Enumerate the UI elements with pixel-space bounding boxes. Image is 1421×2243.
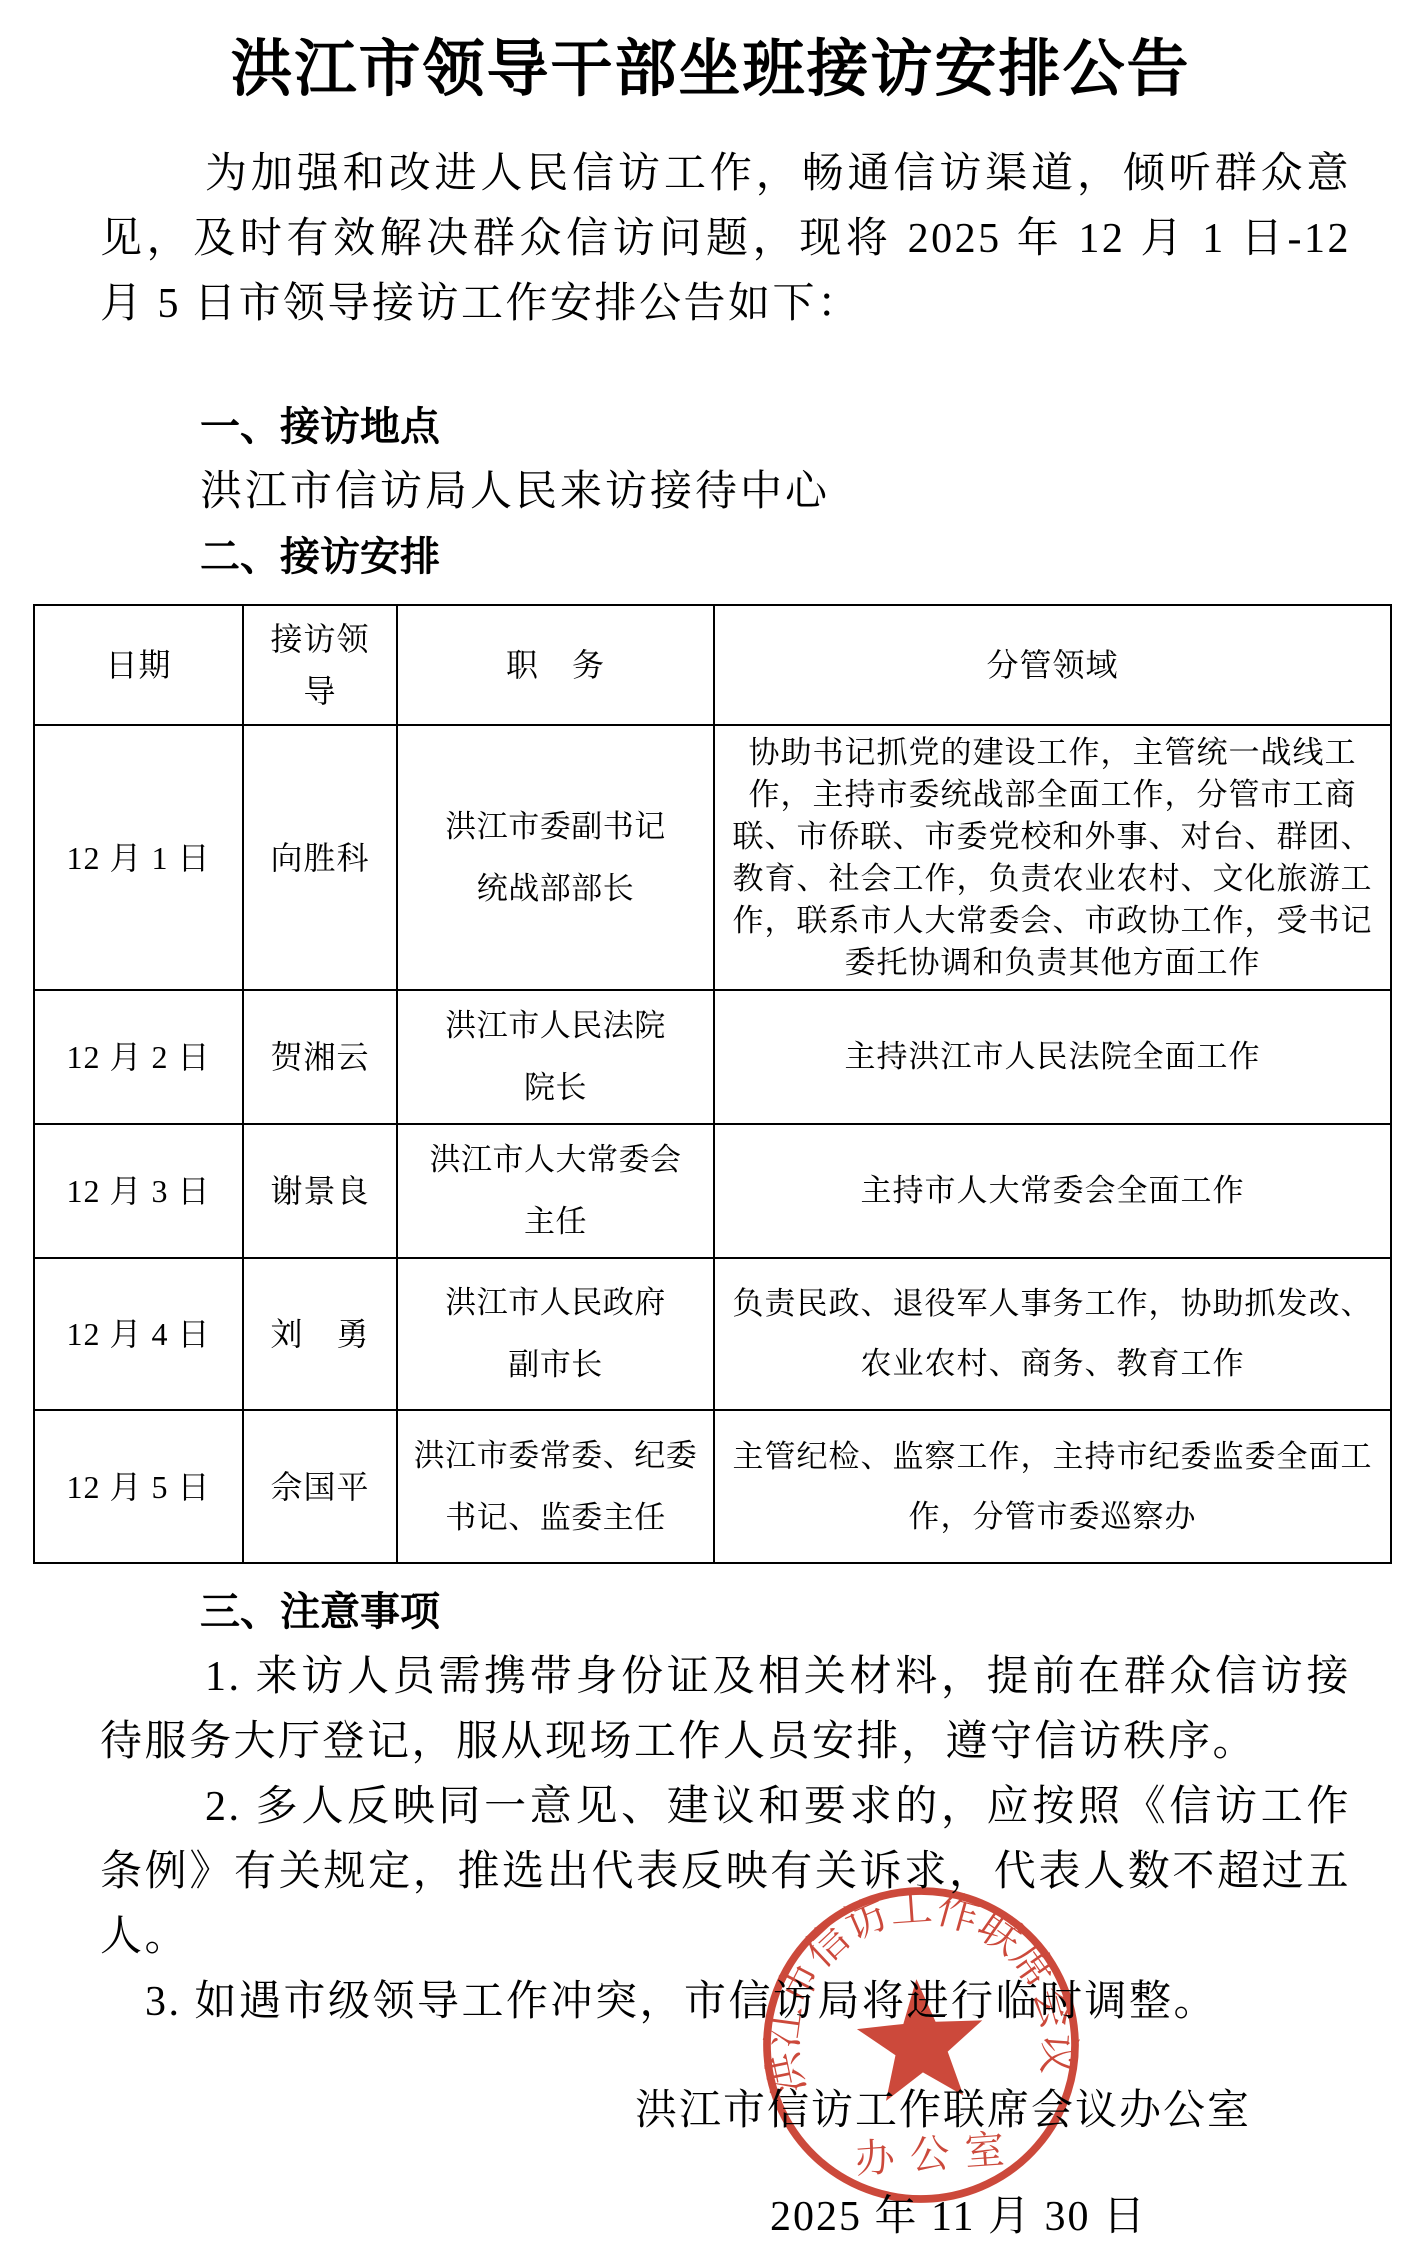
section-heading-schedule: 二、接访安排 bbox=[200, 525, 1351, 590]
col-header-position: 职 务 bbox=[397, 605, 714, 725]
position-line: 洪江市人民法院 bbox=[406, 995, 705, 1057]
signature-line: 洪江市信访工作联席会议办公室 bbox=[100, 2077, 1351, 2137]
cell-date: 12 月 1 日 bbox=[34, 725, 243, 990]
col-header-leader-label: 接访领导 bbox=[270, 613, 370, 717]
cell-leader: 向胜科 bbox=[243, 725, 397, 990]
cell-duty: 协助书记抓党的建设工作，主管统一战线工作，主持市委统战部全面工作，分管市工商联、… bbox=[714, 725, 1391, 990]
page-title: 洪江市领导干部坐班接访安排公告 bbox=[0, 0, 1421, 110]
position-line: 洪江市人大常委会 bbox=[406, 1129, 705, 1191]
section-heading-notes: 三、注意事项 bbox=[200, 1580, 1351, 1645]
cell-date: 12 月 3 日 bbox=[34, 1124, 243, 1258]
note-item-2: 2. 多人反映同一意见、建议和要求的，应按照《信访工作条例》有关规定，推选出代表… bbox=[100, 1775, 1351, 1970]
col-header-leader: 接访领导 bbox=[243, 605, 397, 725]
position-line: 统战部部长 bbox=[406, 858, 705, 920]
position-line: 副市长 bbox=[406, 1334, 705, 1396]
cell-position: 洪江市委副书记 统战部部长 bbox=[397, 725, 714, 990]
section-heading-location: 一、接访地点 bbox=[200, 395, 1351, 460]
position-line: 院长 bbox=[406, 1057, 705, 1119]
position-line: 洪江市委副书记 bbox=[406, 796, 705, 858]
position-line: 书记、监委主任 bbox=[406, 1487, 705, 1549]
cell-position: 洪江市人民法院 院长 bbox=[397, 990, 714, 1124]
col-header-duty: 分管领域 bbox=[714, 605, 1391, 725]
cell-position: 洪江市人大常委会 主任 bbox=[397, 1124, 714, 1258]
table-row: 12 月 3 日 谢景良 洪江市人大常委会 主任 主持市人大常委会全面工作 bbox=[34, 1124, 1391, 1258]
cell-position: 洪江市委常委、纪委 书记、监委主任 bbox=[397, 1410, 714, 1563]
location-line: 洪江市信访局人民来访接待中心 bbox=[200, 460, 1351, 525]
cell-duty: 主管纪检、监察工作，主持市纪委监委全面工作，分管市委巡察办 bbox=[714, 1410, 1391, 1563]
cell-duty: 主持市人大常委会全面工作 bbox=[714, 1124, 1391, 1258]
date-line: 2025 年 11 月 30 日 bbox=[770, 2183, 1351, 2243]
table-row: 12 月 4 日 刘 勇 洪江市人民政府 副市长 负责民政、退役军人事务工作，协… bbox=[34, 1258, 1391, 1410]
table-row: 12 月 2 日 贺湘云 洪江市人民法院 院长 主持洪江市人民法院全面工作 bbox=[34, 990, 1391, 1124]
intro-paragraph: 为加强和改进人民信访工作，畅通信访渠道，倾听群众意见，及时有效解决群众信访问题，… bbox=[100, 142, 1351, 337]
announcement-page: 洪江市领导干部坐班接访安排公告 为加强和改进人民信访工作，畅通信访渠道，倾听群众… bbox=[0, 0, 1421, 2243]
cell-duty: 主持洪江市人民法院全面工作 bbox=[714, 990, 1391, 1124]
schedule-table: 日期 接访领导 职 务 分管领域 12 月 1 日 向胜科 洪江市委副书记 统战… bbox=[33, 604, 1392, 1564]
position-line: 主任 bbox=[406, 1191, 705, 1253]
table-row: 12 月 1 日 向胜科 洪江市委副书记 统战部部长 协助书记抓党的建设工作，主… bbox=[34, 725, 1391, 990]
cell-leader: 贺湘云 bbox=[243, 990, 397, 1124]
note-item-1: 1. 来访人员需携带身份证及相关材料，提前在群众信访接待服务大厅登记，服从现场工… bbox=[100, 1645, 1351, 1775]
cell-date: 12 月 2 日 bbox=[34, 990, 243, 1124]
cell-duty: 负责民政、退役军人事务工作，协助抓发改、农业农村、商务、教育工作 bbox=[714, 1258, 1391, 1410]
cell-leader: 谢景良 bbox=[243, 1124, 397, 1258]
document-body: 为加强和改进人民信访工作，畅通信访渠道，倾听群众意见，及时有效解决群众信访问题，… bbox=[0, 142, 1421, 2243]
table-header-row: 日期 接访领导 职 务 分管领域 bbox=[34, 605, 1391, 725]
cell-date: 12 月 5 日 bbox=[34, 1410, 243, 1563]
table-row: 12 月 5 日 佘国平 洪江市委常委、纪委 书记、监委主任 主管纪检、监察工作… bbox=[34, 1410, 1391, 1563]
position-line: 洪江市人民政府 bbox=[406, 1272, 705, 1334]
cell-leader: 刘 勇 bbox=[243, 1258, 397, 1410]
cell-position: 洪江市人民政府 副市长 bbox=[397, 1258, 714, 1410]
position-line: 洪江市委常委、纪委 bbox=[406, 1425, 705, 1487]
col-header-date: 日期 bbox=[34, 605, 243, 725]
cell-date: 12 月 4 日 bbox=[34, 1258, 243, 1410]
cell-leader: 佘国平 bbox=[243, 1410, 397, 1563]
note-item-3: 3. 如遇市级领导工作冲突，市信访局将进行临时调整。 bbox=[100, 1970, 1351, 2035]
